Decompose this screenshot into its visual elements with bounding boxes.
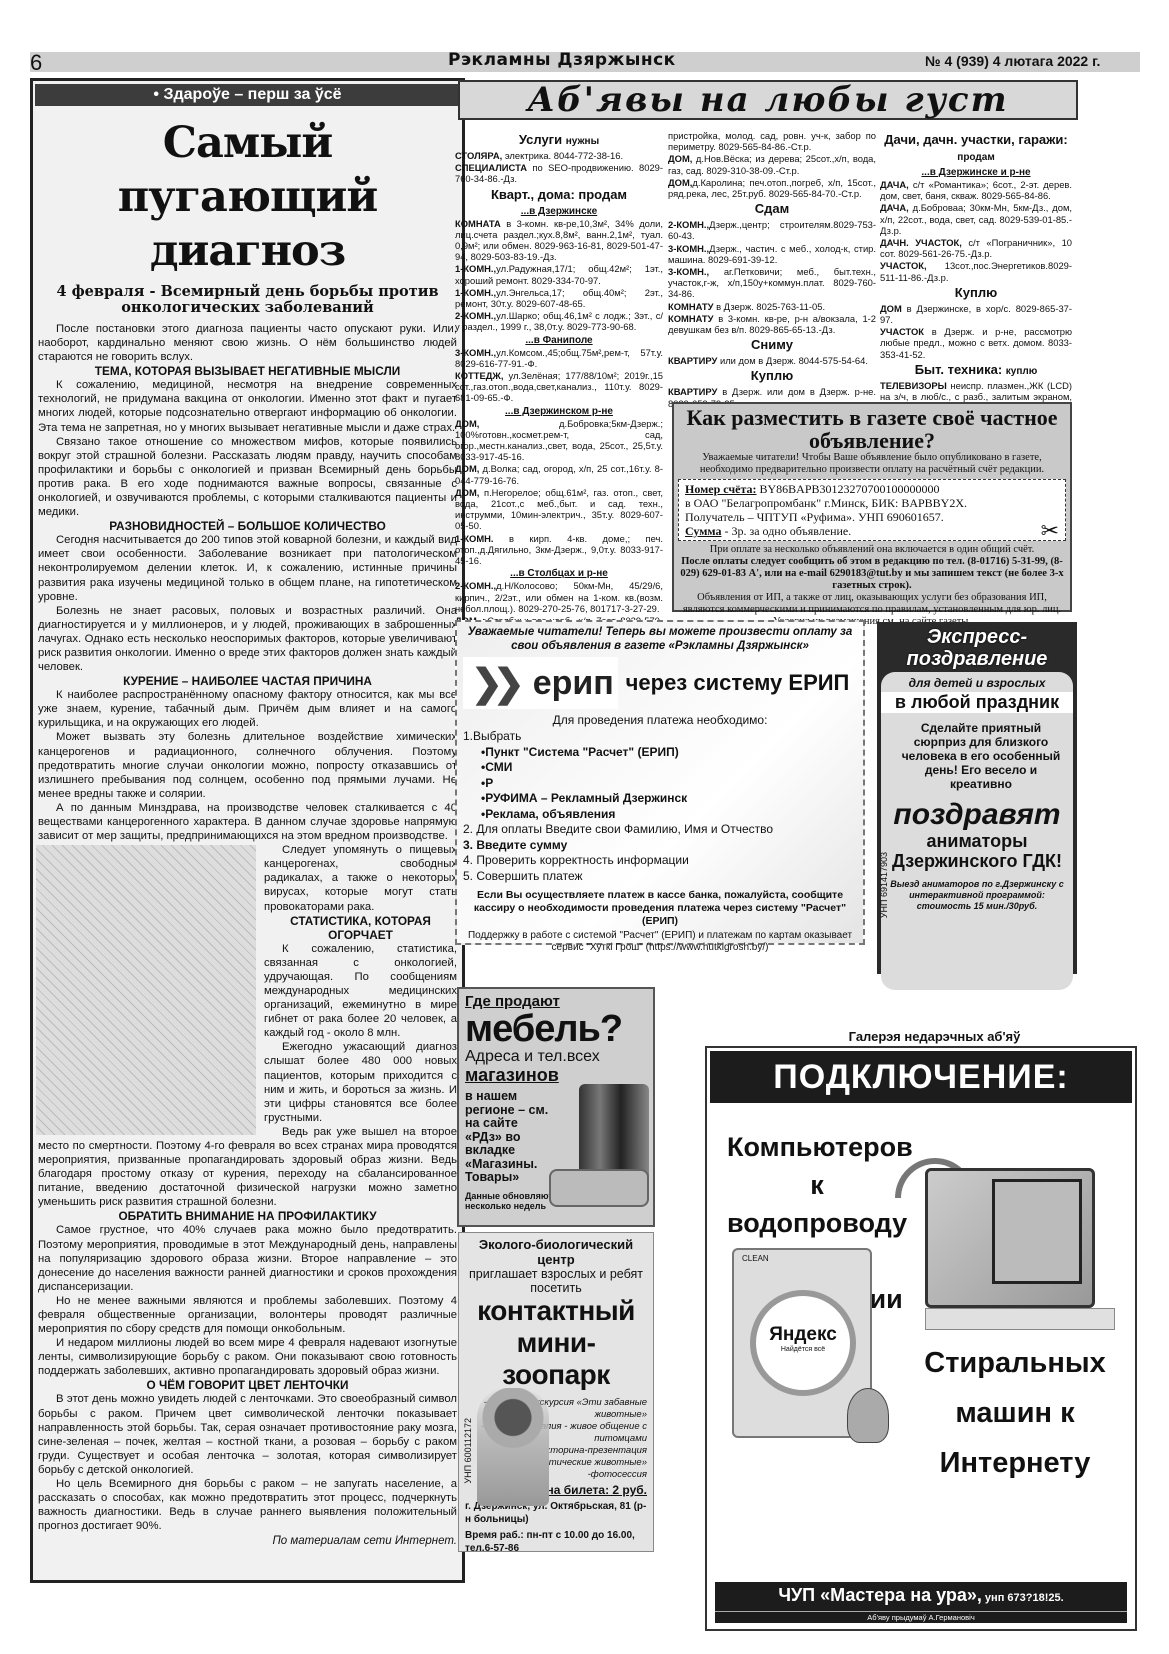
article-paragraph: Но цель Всемирного дня борьбы с раком – … <box>38 1477 457 1533</box>
article-paragraph: И недаром миллионы людей во всем мире 4 … <box>38 1336 457 1378</box>
classified-ad: ДАЧА, д.Боброваа; 30км-Мн, 5км-Дз., дом,… <box>880 202 1072 236</box>
classified-ad: 1-КОМН.,ул.Радужная,17/1; общ.42м²; 1эт.… <box>455 263 663 285</box>
article-paragraph: Самое грустное, что 40% случаев рака мож… <box>38 1223 457 1293</box>
classified-location: ...в Дзержинске и р-не <box>880 166 1072 179</box>
issue-info: № 4 (939) 4 лютага 2022 г. <box>925 53 1100 69</box>
classified-ad: 3-КОМН.,ул.Комсом.,45;общ.75м²,рем-т, 57… <box>455 347 663 369</box>
classified-category: Сдам <box>668 201 876 219</box>
absurd-ad-gallery: ПОДКЛЮЧЕНИЕ: Компьютеров к водопроводу и… <box>705 1046 1137 1631</box>
classified-ad: 2-КОМН.,Дзерж.,центр; строителям.8029-75… <box>668 219 876 241</box>
computer-monitor-image <box>925 1168 1095 1308</box>
erip-steps: 1.Выбрать •Пункт "Система "Расчет" (ЕРИП… <box>463 729 857 884</box>
furniture-ad: Где продают мебель? Адреса и тел.всех ма… <box>457 987 655 1227</box>
girl-with-pet-photo <box>477 1388 549 1506</box>
article-paragraph: Но не менее важными являются и проблемы … <box>38 1294 457 1336</box>
classified-category: Услуги нужны <box>455 132 663 150</box>
classified-location: ...в Дзержинском р-не <box>455 405 663 418</box>
classified-ad: ДАЧН. УЧАСТОК, с/т «Пограничник», 10 сот… <box>880 237 1072 259</box>
erip-logo: ❯❯ ерип <box>463 657 618 709</box>
gallery-header: ПОДКЛЮЧЕНИЕ: <box>710 1051 1132 1103</box>
article-paragraph: В этот день можно увидеть людей с ленточ… <box>38 1392 457 1477</box>
mouse-cartoon-icon <box>847 1388 889 1443</box>
howto-note-2: После оплаты следует сообщить об этом в … <box>678 556 1066 592</box>
desk-image <box>925 1308 1115 1330</box>
classified-ad: ДАЧА, с/т «Романтика»; 6сот., 2-эт. дере… <box>880 179 1072 201</box>
howto-title: Как разместить в газете своё частное объ… <box>678 406 1066 452</box>
article-paragraph: К сожалению, медициной, несмотря на внед… <box>38 378 457 434</box>
page-number: 6 <box>30 50 42 76</box>
sofa-image <box>549 1169 649 1207</box>
health-article: • Здароўе – перш за ўсё Самый пугающий д… <box>30 78 465 1583</box>
account-label: Номер счёта: <box>685 482 757 496</box>
classified-location: ...в Дзержинске <box>455 205 663 218</box>
express-phones: (8-01716) 5-24-59, 6-57-93, 9-39-44 <box>881 992 1073 1024</box>
article-lead: После постановки этого диагноза пациенты… <box>38 322 457 364</box>
gallery-caption: Галерэя недарэчных аб'яў <box>700 1029 1169 1044</box>
classified-category: Сниму <box>668 337 876 355</box>
express-greeting-ad: Экспресс-поздравление для детей и взросл… <box>877 622 1077 974</box>
classified-location: ...в Фаниполе <box>455 334 663 347</box>
gallery-footer: ЧУП «Мастера на ура», унп 673?18!25. Аб'… <box>715 1582 1127 1623</box>
article-body: После постановки этого диагноза пациенты… <box>38 322 457 1533</box>
classified-ad: ДОМ, д.Нов.Вёска; из дерева; 25сот.,х/п,… <box>668 153 876 175</box>
classified-ad: КОМНАТУ в Дзерж. 8025-763-11-05. <box>668 301 876 312</box>
unp-label: УНП 600112172 <box>463 1418 473 1484</box>
bank-info: в ОАО "Белагропромбанк" г.Минск, БИК: BA… <box>685 496 1059 510</box>
article-paragraph: Сегодня насчитывается до 200 типов этой … <box>38 533 457 603</box>
erip-need: Для проведения платежа необходимо: <box>463 713 857 727</box>
chevron-logo-icon: ❯❯ <box>471 661 515 706</box>
article-paragraph: К наиболее распространённому опасному фа… <box>38 688 457 730</box>
classified-category: Дачи, дачн. участки, гаражи: продам <box>880 132 1072 166</box>
classifieds-column-3: Дачи, дачн. участки, гаражи: продам...в … <box>880 130 1072 442</box>
howto-intro: Уважаемые читатели! Чтобы Ваше объявлени… <box>678 452 1066 476</box>
erip-intro: Уважаемые читатели! Теперь вы можете про… <box>463 625 857 653</box>
erip-via: через систему ЕРИП <box>618 671 857 695</box>
classified-category: Куплю <box>880 285 1072 303</box>
account-number: BY86BAPB30123270700100000000 <box>757 482 940 496</box>
ultrasound-illustration <box>36 845 256 1135</box>
article-paragraph: Связано такое отношение со множеством ми… <box>38 435 457 520</box>
classified-ad: КВАРТИРУ или дом в Дзерж. 8044-575-54-64… <box>668 355 876 366</box>
classified-ad: СТОЛЯРА, электрика. 8044-772-38-16. <box>455 150 663 161</box>
classified-category: Куплю <box>668 368 876 386</box>
classified-ad: ДОМ, д.Бобровка;5км-Дзерж.; 100%готовн.,… <box>455 418 663 463</box>
classifieds-column-2: пристройка, молод. сад, ровн. уч-к, забо… <box>668 130 876 410</box>
article-paragraph: Ведь рак уже вышел на второе место по см… <box>38 1125 457 1210</box>
classified-ad: ДОМ в Дзержинске, в хор/с. 8029-865-37-9… <box>880 303 1072 325</box>
classified-ad: ДОМ,д.Каролина; печ.отоп.,погреб, х/п, 1… <box>668 177 876 199</box>
sum-value: - 3р. за одно объявление. <box>721 524 851 538</box>
classified-ad: 3-КОМН., аг.Петковичи; меб., быт.техн., … <box>668 266 876 300</box>
sum-label: Сумма <box>685 524 721 538</box>
rubric-label: • Здароўе – перш за ўсё <box>35 84 460 106</box>
classified-ad: УЧАСТОК в Дзерж. и р-не, рассмотрю любые… <box>880 326 1072 360</box>
classified-ad: КОМНАТУ в 3-комн. кв-ре, р-н а/вокзала, … <box>668 313 876 335</box>
classified-ad: ДОМ, п.Негорелое; общ.61м², газ. отоп., … <box>455 487 663 532</box>
article-paragraph: А по данным Минздрава, на производстве ч… <box>38 801 457 843</box>
article-paragraph: Болезнь не знает расовых, половых и возр… <box>38 604 457 674</box>
classified-category: Кварт., дома: продам <box>455 187 663 205</box>
classified-ad: КОТТЕДЖ, ул.Зелёная; 177/88/10м²; 2019г.… <box>455 370 663 404</box>
section-heading: ТЕМА, КОТОРАЯ ВЫЗЫВАЕТ НЕГАТИВНЫЕ МЫСЛИ <box>38 364 457 378</box>
classified-ad: ДОМ, д.Волка; сад, огород, х/п, 25 сот.,… <box>455 463 663 485</box>
express-title: Экспресс-поздравление <box>881 626 1073 670</box>
howto-note-1: При оплате за несколько объявлений она в… <box>678 544 1066 556</box>
erip-bank-note: Если Вы осуществляете платеж в кассе бан… <box>463 889 857 928</box>
erip-payment-ad: Уважаемые читатели! Теперь вы можете про… <box>455 620 865 945</box>
classified-ad: 2-КОМН.,ул.Шарко; общ.46,1м² с лодж.; 3э… <box>455 310 663 332</box>
scissors-icon: ✂ <box>1041 524 1059 538</box>
classified-ad: УЧАСТОК, 13сот.,пос.Энергетиков.8029-511… <box>880 260 1072 282</box>
article-subheadline: 4 февраля - Всемирный день борьбы против… <box>38 284 457 316</box>
classified-category: Быт. техника: куплю <box>880 362 1072 380</box>
classified-ad: 2-КОМН.,д.Н/Колосово; 50км-Мн, 45/29/6, … <box>455 580 663 614</box>
article-headline: Самый пугающий диагноз <box>38 116 457 278</box>
section-heading: ОБРАТИТЬ ВНИМАНИЕ НА ПРОФИЛАКТИКУ <box>38 1209 457 1223</box>
classified-ad: пристройка, молод. сад, ровн. уч-к, забо… <box>668 130 876 152</box>
recipient-info: Получатель – ЧПТУП «Руфима». УНП 6906016… <box>685 510 1059 524</box>
classified-location: ...в Столбцах и р-не <box>455 567 663 580</box>
classifieds-banner: Аб'явы на любы густ <box>458 80 1078 120</box>
classified-ad: СПЕЦИАЛИСТА по SEO-продвижению. 8029-760… <box>455 162 663 184</box>
article-paragraph: Может вызвать эту болезнь длительное воз… <box>38 730 457 800</box>
classified-ad: 1-КОМН.,ул.Энгельса,17; общ.40м²; 2эт., … <box>455 287 663 309</box>
classifieds-column-1: Услуги нужныСТОЛЯРА, электрика. 8044-772… <box>455 130 663 685</box>
classified-ad: 1-КОМН. в кирп. 4-кв. доме,; печ. отоп.,… <box>455 533 663 567</box>
section-heading: КУРЕНИЕ – НАИБОЛЕЕ ЧАСТАЯ ПРИЧИНА <box>38 674 457 688</box>
section-heading: РАЗНОВИДНОСТЕЙ – БОЛЬШОЕ КОЛИЧЕСТВО <box>38 519 457 533</box>
mini-zoo-ad: Эколого-биологический центр приглашает в… <box>458 1232 654 1552</box>
classified-ad: 3-КОМН.,Дзерж., частич. с меб., холод-к,… <box>668 243 876 265</box>
erip-support: Поддержку в работе с системой "Расчет" (… <box>463 930 857 954</box>
section-heading: О ЧЁМ ГОВОРИТ ЦВЕТ ЛЕНТОЧКИ <box>38 1378 457 1392</box>
unp-label: УНП 691417903 <box>879 852 889 918</box>
article-source: По материалам сети Интернет. <box>38 1535 457 1547</box>
account-details: Номер счёта: BY86BAPB3012327070010000000… <box>678 479 1066 541</box>
classified-ad: КОМНАТА в 3-комн. кв-ре,10,3м², 34% доли… <box>455 218 663 263</box>
how-to-place-ad-box: Как разместить в газете своё частное объ… <box>672 402 1072 612</box>
newspaper-title: Рэкламны Дзяржынск <box>448 50 676 70</box>
